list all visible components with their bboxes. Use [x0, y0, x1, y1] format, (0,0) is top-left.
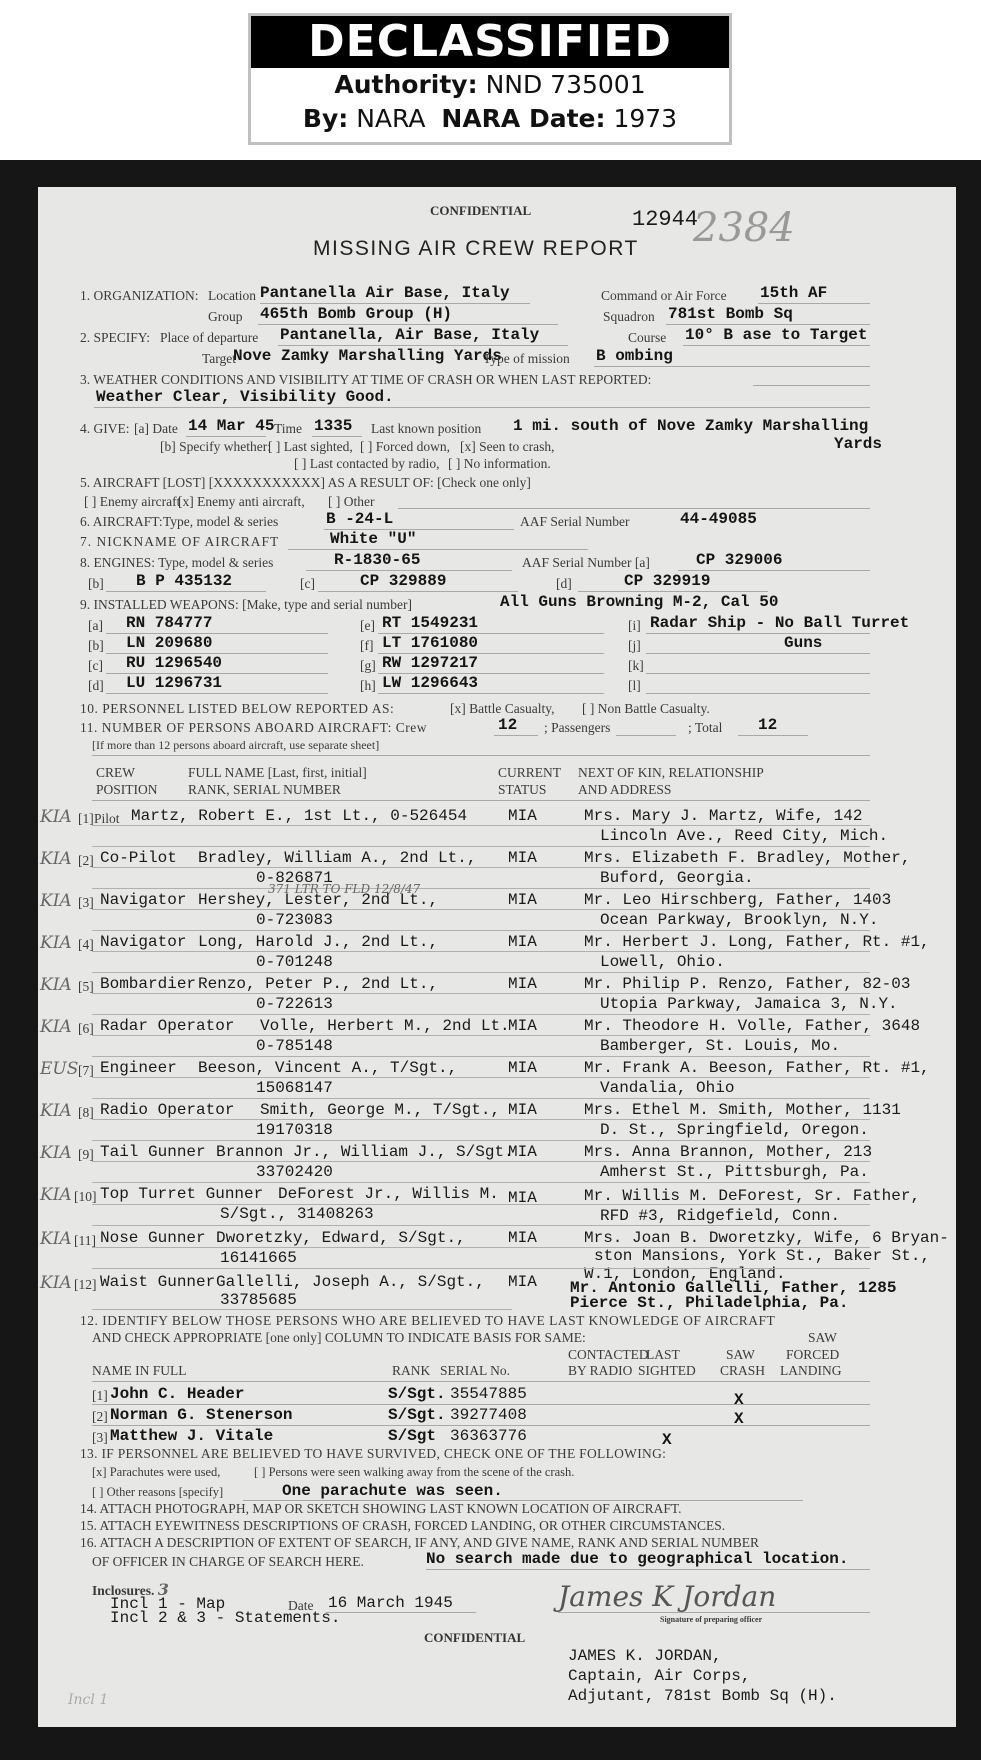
aircraft-serial-field: 44-49085: [680, 510, 757, 528]
header-by-radio: BY RADIO: [568, 1363, 632, 1379]
crew-name: Brannon Jr., William J., S/Sgt.: [216, 1143, 514, 1161]
crew-position: Navigator: [100, 933, 186, 951]
handwritten-number: 2384: [693, 205, 795, 251]
kin-line-1: Mrs. Anna Brannon, Mother, 213: [584, 1143, 872, 1161]
weapon-k-key: [k]: [628, 658, 644, 674]
crew-status: MIA: [508, 1059, 537, 1077]
position-field-cont: Yards: [834, 435, 882, 453]
kin-line-1: Mrs. Mary J. Martz, Wife, 142: [584, 807, 862, 825]
crew-name: Gallelli, Joseph A., S/Sgt.,: [216, 1273, 485, 1291]
checkbox-non-battle-casualty[interactable]: [ ] Non Battle Casualty.: [582, 701, 710, 717]
handwritten-status-mark: KIA: [40, 891, 72, 911]
crew-status: MIA: [508, 975, 537, 993]
section12-label-cont: AND CHECK APPROPRIATE [one only] COLUMN …: [92, 1330, 586, 1346]
section13-label: 13. IF PERSONNEL ARE BELIEVED TO HAVE SU…: [80, 1446, 666, 1462]
squadron-label: Squadron: [603, 309, 655, 325]
crew-serial: 19170318: [256, 1121, 333, 1139]
crew-serial: 33702420: [256, 1163, 333, 1181]
kin-line-1: Mr. Philip P. Renzo, Father, 82-03: [584, 975, 910, 993]
nickname-field: White "U": [330, 530, 416, 548]
engine-c-label: [c]: [300, 576, 315, 592]
kin-line-1: Mr. Leo Hirschberg, Father, 1403: [584, 891, 891, 909]
witness-name: Norman G. Stenerson: [110, 1406, 292, 1424]
crew-serial: S/Sgt., 31408263: [220, 1205, 374, 1223]
kin-line-2: ston Mansions, York St., Baker St.,: [594, 1247, 930, 1265]
kin-line-1: Mrs. Ethel M. Smith, Mother, 1131: [584, 1101, 901, 1119]
header-contacted: CONTACTED: [568, 1347, 649, 1363]
crew-row-11: KIA [11] Nose Gunner Dworetzky, Edward, …: [38, 1229, 956, 1271]
weapon-j: Guns: [784, 634, 822, 652]
section14-label: 14. ATTACH PHOTOGRAPH, MAP OR SKETCH SHO…: [80, 1501, 681, 1517]
witness-name: Matthew J. Vitale: [110, 1427, 273, 1445]
crew-row-3: KIA [3] Navigator Hershey, Lester, 2nd L…: [38, 891, 956, 933]
section8-label: 8. ENGINES: Type, model & series: [80, 555, 273, 571]
engine-serial-d: CP 329919: [624, 572, 710, 590]
crew-row-1: KIA [1] Pilot Martz, Robert E., 1st Lt.,…: [38, 807, 956, 849]
section3-label: 3. WEATHER CONDITIONS AND VISIBILITY AT …: [80, 372, 651, 388]
engine-d-label: [d]: [556, 576, 572, 592]
engine-b-label: [b]: [88, 576, 104, 592]
weapons-field: All Guns Browning M-2, Cal 50: [500, 593, 778, 611]
command-label: Command or Air Force: [601, 288, 727, 304]
kin-line-1: Mrs. Joan B. Dworetzky, Wife, 6 Bryan-: [584, 1229, 949, 1247]
kin-line-2: Vandalia, Ohio: [600, 1079, 734, 1097]
crew-name: Dworetzky, Edward, S/Sgt.,: [216, 1229, 466, 1247]
weapon-b: LN 209680: [126, 634, 212, 652]
header-sighted: SIGHTED: [638, 1363, 696, 1379]
weapon-i-key: [i]: [628, 618, 641, 634]
kin-line-2: Pierce St., Philadelphia, Pa.: [570, 1294, 848, 1312]
officer-name: JAMES K. JORDAN,: [568, 1647, 722, 1665]
weapon-j-key: [j]: [628, 638, 641, 654]
weapon-c: RU 1296540: [126, 654, 222, 672]
checkbox-forced-down[interactable]: [ ] Forced down,: [360, 439, 450, 455]
time-label: Time: [274, 421, 302, 437]
crew-serial: 0-785148: [256, 1037, 333, 1055]
total-label: ; Total: [688, 720, 722, 736]
report-number: 12944: [632, 207, 698, 232]
crew-position: Nose Gunner: [100, 1229, 206, 1247]
kin-line-2: RFD #3, Ridgefield, Conn.: [600, 1207, 840, 1225]
weapon-a-key: [a]: [88, 618, 103, 634]
header-last: LAST: [646, 1347, 680, 1363]
checkbox-other-reasons[interactable]: [ ] Other reasons [specify]: [92, 1485, 223, 1500]
aircraft-type-field: B -24-L: [326, 510, 393, 528]
crew-status: MIA: [508, 933, 537, 951]
header-status: STATUS: [498, 782, 546, 798]
weapon-c-key: [c]: [88, 658, 103, 674]
section9-label: 9. INSTALLED WEAPONS: [Make, type and se…: [80, 597, 412, 613]
kin-line-1: Mr. Theodore H. Volle, Father, 3648: [584, 1017, 920, 1035]
crew-position: Radio Operator: [100, 1101, 234, 1119]
crew-name: Beeson, Vincent A., T/Sgt.,: [198, 1059, 457, 1077]
group-label: Group: [208, 309, 243, 325]
weapon-l-key: [l]: [628, 678, 641, 694]
course-label: Course: [628, 330, 666, 346]
officer-signature: James K Jordan: [558, 1580, 776, 1613]
squadron-field: 781st Bomb Sq: [668, 305, 793, 323]
witness-serial: 35547885: [450, 1385, 527, 1403]
header-address: AND ADDRESS: [578, 782, 671, 798]
header-next-of-kin: NEXT OF KIN, RELATIONSHIP: [578, 765, 764, 781]
witness-number: [2]: [92, 1409, 108, 1425]
weapon-h: LW 1296643: [382, 674, 478, 692]
kin-line-2: Amherst St., Pittsburgh, Pa.: [600, 1163, 869, 1181]
kin-line-1: Mr. Frank A. Beeson, Father, Rt. #1,: [584, 1059, 930, 1077]
section15-label: 15. ATTACH EYEWITNESS DESCRIPTIONS OF CR…: [80, 1518, 725, 1534]
target-label: Target: [202, 351, 236, 367]
course-field: 10° B ase to Target: [685, 326, 867, 344]
crew-serial: 0-701248: [256, 953, 333, 971]
crew-row-8: KIA [8] Radio Operator Smith, George M.,…: [38, 1101, 956, 1143]
handwritten-status-mark: KIA: [40, 1229, 72, 1249]
crew-status: MIA: [508, 1229, 537, 1247]
section2-label: 2. SPECIFY:: [80, 330, 150, 346]
witness-name: John C. Header: [110, 1385, 244, 1403]
checkbox-no-information[interactable]: [ ] No information.: [448, 456, 551, 472]
handwritten-status-mark: KIA: [40, 1017, 72, 1037]
header-forced: FORCED: [786, 1347, 839, 1363]
report-form: CONFIDENTIAL 12944 2384 MISSING AIR CREW…: [38, 187, 956, 1727]
kin-line-2: Lincoln Ave., Reed City, Mich.: [600, 827, 888, 845]
checkbox-enemy-anti-aircraft[interactable]: [x] Enemy anti aircraft,: [178, 494, 305, 510]
kin-line-2: D. St., Springfield, Oregon.: [600, 1121, 869, 1139]
section11-label: 11. NUMBER OF PERSONS ABOARD AIRCRAFT: C…: [80, 720, 427, 736]
date-signed-label: Date: [288, 1598, 313, 1614]
weapon-f-key: [f]: [360, 638, 374, 654]
header-crash: CRASH: [720, 1363, 765, 1379]
crew-position: Waist Gunner: [100, 1273, 215, 1291]
mission-field: B ombing: [596, 347, 673, 365]
crew-serial: 0-723083: [256, 911, 333, 929]
checkbox-seen-walking[interactable]: [ ] Persons were seen walking away from …: [254, 1465, 574, 1480]
witness-row-1: [1] John C. Header S/Sgt. 35547885 X: [38, 1385, 956, 1407]
search-description-field: No search made due to geographical locat…: [426, 1550, 848, 1568]
stamp-authority: Authority: NND 735001: [251, 68, 729, 102]
kin-line-2: Lowell, Ohio.: [600, 953, 725, 971]
header-saw: SAW: [808, 1330, 837, 1346]
witness-row-2: [2] Norman G. Stenerson S/Sgt. 39277408 …: [38, 1406, 956, 1428]
handwritten-status-mark: KIA: [40, 975, 72, 995]
classification-header: CONFIDENTIAL: [430, 203, 531, 219]
kin-line-2: Buford, Georgia.: [600, 869, 754, 887]
witness-number: [3]: [92, 1430, 108, 1446]
handwritten-status-mark: KIA: [40, 849, 72, 869]
officer-title: Adjutant, 781st Bomb Sq (H).: [568, 1687, 837, 1705]
signature-caption: Signature of preparing officer: [660, 1615, 762, 1624]
weapon-f: LT 1761080: [382, 634, 478, 652]
handwritten-status-mark: EUS: [40, 1059, 78, 1079]
checkbox-last-sighted[interactable]: [ ] Last sighted,: [268, 439, 353, 455]
declassified-stamp: DECLASSIFIED Authority: NND 735001 By: N…: [248, 13, 732, 145]
crew-number: [12]: [74, 1277, 97, 1293]
time-field: 1335: [314, 417, 352, 435]
crew-name: Bradley, William A., 2nd Lt.,: [198, 849, 476, 867]
weapon-b-key: [b]: [88, 638, 104, 654]
crew-number: [10]: [74, 1189, 97, 1205]
target-field: Nove Zamky Marshalling Yards: [233, 347, 502, 365]
crew-serial: 33785685: [220, 1291, 297, 1309]
location-label: Location: [208, 288, 256, 304]
command-field: 15th AF: [760, 284, 827, 302]
passengers-label: ; Passengers: [544, 720, 610, 736]
weapon-i: Radar Ship - No Ball Turret: [650, 614, 909, 632]
date-field: 14 Mar 45: [188, 417, 274, 435]
crew-name: Hershey, Lester, 2nd Lt.,: [198, 891, 438, 909]
crew-name: Renzo, Peter P., 2nd Lt.,: [198, 975, 438, 993]
crew-row-5: KIA [5] Bombardier Renzo, Peter P., 2nd …: [38, 975, 956, 1017]
witness-rank: S/Sgt.: [388, 1406, 446, 1424]
engine-serial-label: AAF Serial Number [a]: [522, 555, 650, 571]
crew-position: Navigator: [100, 891, 186, 909]
stamp-by: By: NARA NARA Date: 1973: [251, 102, 729, 136]
crew-serial: 15068147: [256, 1079, 333, 1097]
witness-serial: 39277408: [450, 1406, 527, 1424]
crew-row-10: KIA [10] Top Turret Gunner DeForest Jr.,…: [38, 1185, 956, 1227]
header-name-in-full: NAME IN FULL: [92, 1363, 187, 1379]
weather-field: Weather Clear, Visibility Good.: [96, 388, 394, 406]
weapon-h-key: [h]: [360, 678, 376, 694]
handwritten-status-mark: KIA: [40, 933, 72, 953]
kin-line-2: Ocean Parkway, Brooklyn, N.Y.: [600, 911, 878, 929]
crew-name: Martz, Robert E., 1st Lt., 0-526454: [131, 807, 467, 825]
section11-note: [If more than 12 persons aboard aircraft…: [92, 738, 379, 753]
section10-label: 10. PERSONNEL LISTED BELOW REPORTED AS:: [80, 701, 394, 717]
header-full-name: FULL NAME [Last, first, initial]: [188, 765, 367, 781]
crew-serial: 0-722613: [256, 995, 333, 1013]
header-landing: LANDING: [780, 1363, 842, 1379]
crew-position: Top Turret Gunner: [100, 1185, 263, 1203]
crew-position: Radar Operator: [100, 1017, 234, 1035]
crew-status: MIA: [508, 1143, 537, 1161]
witness-serial: 36363776: [450, 1427, 527, 1445]
crew-status: MIA: [508, 891, 537, 909]
engine-serial-c: CP 329889: [360, 572, 446, 590]
handwritten-status-mark: KIA: [40, 1273, 72, 1293]
weapon-g: RW 1297217: [382, 654, 478, 672]
classification-footer: CONFIDENTIAL: [424, 1630, 525, 1646]
position-label: Last known position: [371, 421, 481, 437]
engine-serial-a: CP 329006: [696, 551, 782, 569]
checkbox-seen-to-crash[interactable]: [x] Seen to crash,: [460, 439, 554, 455]
aircraft-type-label: Type, model & series: [163, 514, 278, 530]
specify-label: [b] Specify whether:: [160, 439, 271, 455]
witness-rank: S/Sgt: [388, 1427, 436, 1445]
form-title: MISSING AIR CREW REPORT: [313, 237, 639, 261]
crew-status: MIA: [508, 849, 537, 867]
crew-row-12: KIA [12] Waist Gunner Gallelli, Joseph A…: [38, 1273, 956, 1315]
checkbox-other[interactable]: [ ] Other: [328, 494, 374, 510]
crew-position: Engineer: [100, 1059, 177, 1077]
checkbox-last-contacted-radio[interactable]: [ ] Last contacted by radio,: [294, 456, 439, 472]
witness-rank: S/Sgt.: [388, 1385, 446, 1403]
handwritten-status-mark: KIA: [40, 1143, 72, 1163]
header-serial: SERIAL No.: [440, 1363, 510, 1379]
section5-label: 5. AIRCRAFT [LOST] [XXXXXXXXXXX] AS A RE…: [80, 475, 531, 491]
crew-position: Co-Pilot: [100, 849, 177, 867]
crew-name: Volle, Herbert M., 2nd Lt.: [260, 1017, 510, 1035]
header-rank-serial: RANK, SERIAL NUMBER: [188, 782, 341, 798]
date-signed-field: 16 March 1945: [328, 1594, 453, 1612]
section1-label: 1. ORGANIZATION:: [80, 288, 199, 304]
header-crew: CREW: [96, 765, 135, 781]
total-count-field: 12: [758, 716, 777, 734]
other-reasons-field: One parachute was seen.: [282, 1482, 503, 1500]
crew-row-6: KIA [6] Radar Operator Volle, Herbert M.…: [38, 1017, 956, 1059]
section6-label: 6. AIRCRAFT:: [80, 514, 163, 530]
crew-status: MIA: [508, 1101, 537, 1119]
weapon-g-key: [g]: [360, 658, 376, 674]
section16-label: 16. ATTACH A DESCRIPTION OF EXTENT OF SE…: [80, 1535, 759, 1551]
crew-serial: 16141665: [220, 1249, 297, 1267]
engine-type-field: R-1830-65: [334, 551, 420, 569]
crew-row-9: KIA [9] Tail Gunner Brannon Jr., William…: [38, 1143, 956, 1185]
stamp-title: DECLASSIFIED: [251, 16, 729, 68]
crew-position: Bombardier: [100, 975, 196, 993]
kin-line-1: Mr. Willis M. DeForest, Sr. Father,: [584, 1187, 920, 1205]
officer-rank: Captain, Air Corps,: [568, 1667, 750, 1685]
header-current: CURRENT: [498, 765, 561, 781]
kin-line-2: Bamberger, St. Louis, Mo.: [600, 1037, 840, 1055]
crew-name: Long, Harold J., 2nd Lt.,: [198, 933, 438, 951]
kin-line-1: Mrs. Elizabeth F. Bradley, Mother,: [584, 849, 910, 867]
section7-label: 7. NICKNAME OF AIRCRAFT: [80, 534, 279, 550]
checkbox-enemy-aircraft[interactable]: [ ] Enemy aircraft: [84, 494, 180, 510]
weapon-e: RT 1549231: [382, 614, 478, 632]
crew-position: Tail Gunner: [100, 1143, 206, 1161]
crew-status: MIA: [508, 1017, 537, 1035]
aircraft-serial-label: AAF Serial Number: [520, 514, 629, 530]
engine-serial-b: B P 435132: [136, 572, 232, 590]
crew-status: MIA: [508, 1273, 537, 1291]
checkbox-parachutes-used[interactable]: [x] Parachutes were used,: [92, 1465, 220, 1480]
header-position: POSITION: [96, 782, 158, 798]
section4-label: 4. GIVE:: [80, 421, 130, 437]
header-rank: RANK: [392, 1363, 430, 1379]
weapon-d: LU 1296731: [126, 674, 222, 692]
weapon-e-key: [e]: [360, 618, 375, 634]
section12-label: 12. IDENTIFY BELOW THOSE PERSONS WHO ARE…: [80, 1313, 775, 1329]
location-field: Pantanella Air Base, Italy: [260, 284, 510, 302]
checkbox-battle-casualty[interactable]: [x] Battle Casualty,: [450, 701, 554, 717]
handwritten-status-mark: KIA: [40, 1101, 72, 1121]
handwritten-status-mark: KIA: [40, 1185, 72, 1205]
date-label: [a] Date: [134, 421, 178, 437]
weapon-a: RN 784777: [126, 614, 212, 632]
departure-field: Pantanella, Air Base, Italy: [280, 326, 539, 344]
kin-line-2: Utopia Parkway, Jamaica 3, N.Y.: [600, 995, 898, 1013]
group-field: 465th Bomb Group (H): [260, 305, 452, 323]
crew-name: Smith, George M., T/Sgt.,: [260, 1101, 500, 1119]
crew-row-7: EUS [7] Engineer Beeson, Vincent A., T/S…: [38, 1059, 956, 1101]
weapon-d-key: [d]: [88, 678, 104, 694]
crew-name: DeForest Jr., Willis M.: [278, 1185, 499, 1203]
witness-number: [1]: [92, 1388, 108, 1404]
crew-count-field: 12: [498, 716, 517, 734]
header-saw-crash-top: SAW: [726, 1347, 755, 1363]
section16-label-cont: OF OFFICER IN CHARGE OF SEARCH HERE.: [92, 1554, 364, 1570]
crew-row-2: KIA [2] Co-Pilot Bradley, William A., 2n…: [38, 849, 956, 891]
departure-label: Place of departure: [160, 330, 258, 346]
handwritten-corner-note: Incl 1: [68, 1692, 108, 1708]
crew-status: MIA: [508, 807, 537, 825]
position-field: 1 mi. south of Nove Zamky Marshalling: [513, 417, 868, 435]
handwritten-status-mark: KIA: [40, 807, 72, 827]
crew-row-4: KIA [4] Navigator Long, Harold J., 2nd L…: [38, 933, 956, 975]
kin-line-1: Mr. Herbert J. Long, Father, Rt. #1,: [584, 933, 930, 951]
mission-label: Type of mission: [483, 351, 570, 367]
